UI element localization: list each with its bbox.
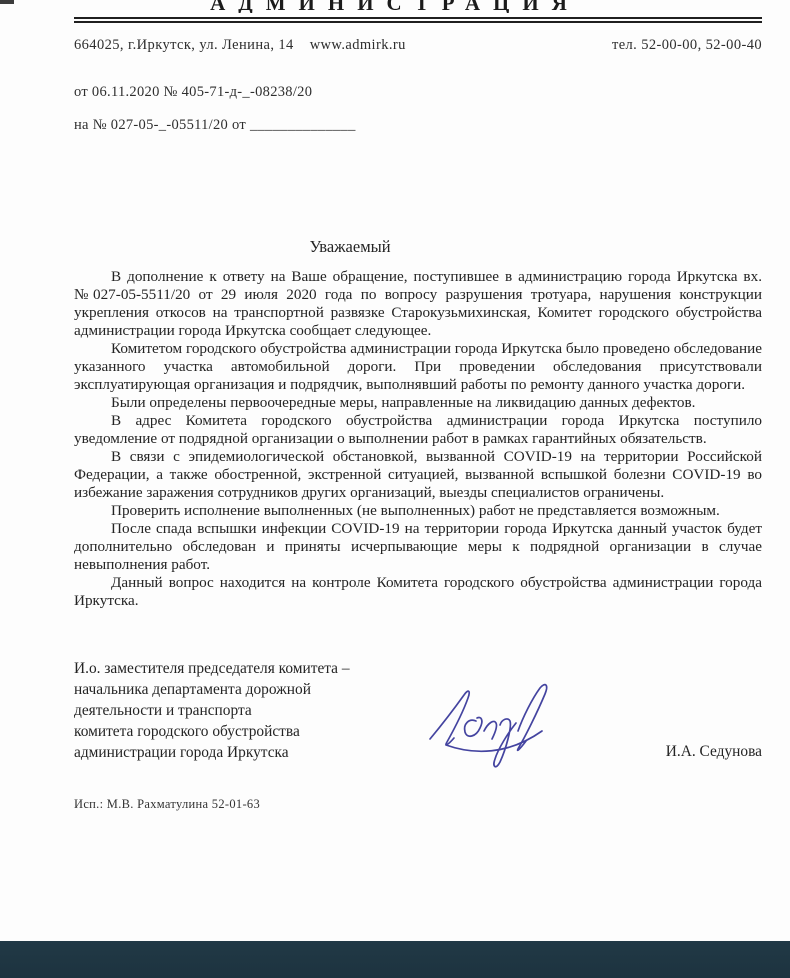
body-paragraph: После спада вспышки инфекции COVID-19 на… [74, 520, 762, 574]
signer-position-line: комитета городского обустройства [74, 721, 350, 742]
body-paragraph: Комитетом городского обустройства админи… [74, 340, 762, 394]
letterhead-title-wrap: АДМИНИСТРАЦИЯ [0, 0, 790, 13]
letter-content: 664025, г.Иркутск, ул. Ленина, 14www.adm… [0, 17, 790, 812]
signer-position-line: деятельности и транспорта [74, 700, 350, 721]
handwritten-signature-icon [424, 675, 564, 771]
signer-name: И.А. Седунова [666, 741, 762, 763]
footer-bar [0, 941, 790, 978]
body-paragraph: Были определены первоочередные меры, нап… [74, 394, 762, 412]
body-paragraph: Проверить исполнение выполненных (не вып… [74, 502, 762, 520]
signer-position-line: администрации города Иркутска [74, 742, 350, 763]
signer-position-line: И.о. заместителя председателя комитета – [74, 658, 350, 679]
body-paragraph: Данный вопрос находится на контроле Коми… [74, 574, 762, 610]
letterhead-divider [74, 17, 762, 23]
executor-line: Исп.: М.В. Рахматулина 52-01-63 [74, 797, 762, 812]
incoming-reference: на № 027-05-_-05511/20 от ______________ [74, 117, 762, 134]
org-website: www.admirk.ru [310, 37, 406, 53]
org-address: 664025, г.Иркутск, ул. Ленина, 14 [74, 37, 294, 53]
signer-position-line: начальника департамента дорожной [74, 679, 350, 700]
body-paragraph: В адрес Комитета городского обустройства… [74, 412, 762, 448]
body-paragraph: В связи с эпидемиологической обстановкой… [74, 448, 762, 502]
scan-artifact-mark [0, 0, 14, 4]
org-phone: тел. 52-00-00, 52-00-40 [612, 37, 762, 54]
signer-position: И.о. заместителя председателя комитета –… [74, 658, 350, 763]
body-paragraph: В дополнение к ответу на Ваше обращение,… [74, 268, 762, 340]
greeting: Уважаемый [74, 237, 762, 256]
signature-block: И.о. заместителя председателя комитета –… [74, 658, 762, 763]
org-address-line: 664025, г.Иркутск, ул. Ленина, 14www.adm… [74, 37, 406, 54]
letter-body: В дополнение к ответу на Ваше обращение,… [74, 268, 762, 610]
letterhead-contact-row: 664025, г.Иркутск, ул. Ленина, 14www.adm… [74, 37, 762, 54]
letter-page: АДМИНИСТРАЦИЯ 664025, г.Иркутск, ул. Лен… [0, 0, 790, 978]
outgoing-reference: от 06.11.2020 № 405-71-д-_-08238/20 [74, 84, 762, 101]
org-title: АДМИНИСТРАЦИЯ [0, 0, 790, 13]
